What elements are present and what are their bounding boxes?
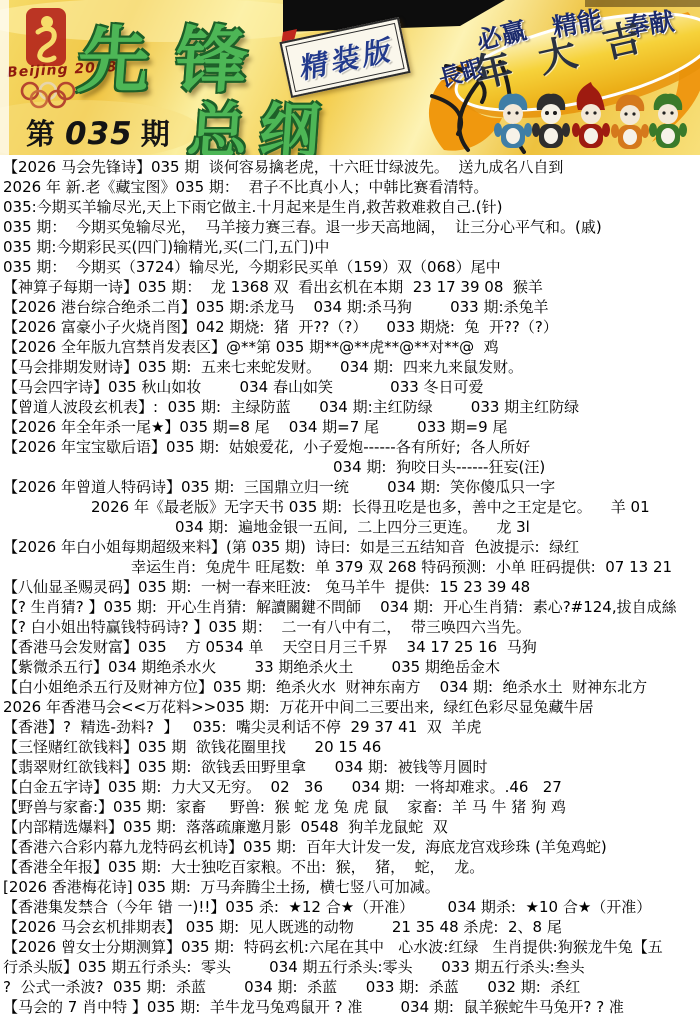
- tip-sheet-page: Beijing 2008 先锋 总纲 第035期 精装版 必赢 精能 奉献 長跟…: [0, 0, 700, 1017]
- text-line: 【白小姐绝杀五行及财神方位】035 期: 绝杀火水 财神东南方 034 期: 绝…: [3, 677, 700, 697]
- text-line: 035 期： 今期买（3724）输尽光, 今期彩民买单（159）双（068）尾中: [3, 257, 700, 277]
- text-line: 【2026 港台综合绝杀二肖】035 期:杀龙马 034 期:杀马狗 033 期…: [3, 297, 700, 317]
- text-line: 035 期:今期彩民买(四门)输精光,买(二门,五门)中: [3, 237, 700, 257]
- text-line: ? 公式一杀波? 035 期: 杀蓝 034 期: 杀蓝 033 期: 杀蓝 0…: [3, 977, 700, 997]
- text-line: 【2026 年全年杀一尾★】035 期=8 尾 034 期=7 尾 033 期=…: [3, 417, 700, 437]
- text-line: 034 期: 狗咬日头------狂妄(汪): [3, 457, 700, 477]
- text-line: 【神算子每期一诗】035 期： 龙 1368 双 看出玄机在本期 23 17 3…: [3, 277, 700, 297]
- masthead-title-bottom: 总纲: [185, 84, 335, 155]
- text-line: 【白金五字诗】035 期: 力大又无穷。 02 36 034 期: 一将却难求。…: [3, 777, 700, 797]
- edition-badge-label: 精装版: [294, 28, 396, 87]
- text-line: 【翡翠财红欲钱料】035 期: 欲钱丢田野里拿 034 期: 被钱等月圆时: [3, 757, 700, 777]
- text-line: 【? 生肖猜? 】035 期: 开心生肖猜: 解讀關鍵不問師 034 期: 开心…: [3, 597, 700, 617]
- text-line: 【2026 年白小姐每期超级来料】(第 035 期) 诗曰: 如是三五结知音 色…: [3, 537, 700, 557]
- text-line: 【马会排期发财诗】035 期: 五来七来蛇发财。 034 期: 四来九来鼠发财。: [3, 357, 700, 377]
- tip-sheet-body: 【2026 马会先锋诗】035 期 谈何容易擒老虎，十六旺廿绿波先。 送九成名八…: [0, 155, 700, 1017]
- text-line: 【2026 曾女士分期测算】035 期: 特码玄机:六尾在其中 心水波:红绿 生…: [3, 937, 700, 957]
- text-line: 【香港六合彩内幕九龙特码玄机诗】035 期: 百年大计发一发, 海底龙宫戏珍珠 …: [3, 837, 700, 857]
- fuwa-jingjing-icon: [532, 94, 570, 148]
- text-line: 【香港全年报】035 期: 大士独吃百家粮。不出: 猴， 猪， 蛇， 龙。: [3, 857, 700, 877]
- text-line: 【紫微杀五行】034 期绝杀水火 33 期绝杀火土 035 期绝岳金木: [3, 657, 700, 677]
- issue-suffix: 期: [141, 117, 172, 151]
- text-line: 【野兽与家畜:】035 期: 家畜 野兽: 猴 蛇 龙 兔 虎 鼠 家畜: 羊 …: [3, 797, 700, 817]
- text-line: 【三怪赌红欲钱料】035 期 欲钱花圈里找 20 15 46: [3, 737, 700, 757]
- text-line: 【2026 年曾道人特码诗】035 期: 三国鼎立归一统 034 期: 笑你傻瓜…: [3, 477, 700, 497]
- text-line: 行杀头版】035 期五行杀头: 零头 034 期五行杀头:零头 033 期五行杀…: [3, 957, 700, 977]
- text-line: 【曾道人波段玄机表】: 035 期: 主绿防蓝 034 期:主红防绿 033 期…: [3, 397, 700, 417]
- text-line: 035:今期买羊输尽光,天上下雨它做主.十月起来是生肖,救苦救难救自己.(针): [3, 197, 700, 217]
- text-line: 【香港集发禁合（今年 错 一)!!】035 杀: ★12 合★（开准） 034 …: [3, 897, 700, 917]
- text-line: 2026 年 新.老《藏宝图》035 期： 君子不比真小人；中韩比赛看清特。: [3, 177, 700, 197]
- issue-number-label: 第035期: [26, 112, 172, 153]
- text-line: 【内部精选爆料】035 期: 落落疏廉邀月影 0548 狗羊龙鼠蛇 双: [3, 817, 700, 837]
- text-line: 【马会的 7 肖中特 】035 期: 羊牛龙马兔鸡鼠开 ? 准 034 期: 鼠…: [3, 997, 700, 1017]
- text-line: 2026 年《最老版》无字天书 035 期: 长得丑吃是也多，善中之王定是它。 …: [3, 497, 700, 517]
- text-line: 【八仙显圣赐灵码】035 期: 一树一春来旺波: 兔马羊牛 提供: 15 23 …: [3, 577, 700, 597]
- text-line: 【马会四字诗】035 秋山如妆 034 春山如笑 033 冬日可爱: [3, 377, 700, 397]
- text-line: 【2026 年宝宝歇后语】035 期: 姑娘爱花, 小子爱炮------各有所好…: [3, 437, 700, 457]
- text-line: 【2026 富豪小子火烧肖图】042 期烧: 猪 开??（?） 033 期烧: …: [3, 317, 700, 337]
- text-line: 2026 年香港马会<<万花料>>035 期: 万花开中间二三要出来, 绿红色彩…: [3, 697, 700, 717]
- text-line: 【? 白小姐出特赢钱特码诗? 】035 期： 二一有八中有二， 带三唤四六当先。: [3, 617, 700, 637]
- text-line: 幸运生肖: 兔虎牛 旺尾数: 单 379 双 268 特码预测: 小单 旺码提供…: [3, 557, 700, 577]
- fuwa-yingying-icon: [611, 95, 649, 149]
- beijing-seal-icon: [26, 8, 66, 66]
- text-line: 034 期: 遍地金银一五间, 二上四分三更连。 龙 3l: [3, 517, 700, 537]
- text-line: 【香港马会发财富】035 方 0534 单 天空日月三千界 34 17 25 1…: [3, 637, 700, 657]
- issue-number: 035: [57, 116, 141, 152]
- text-line: 【香港】? 精选-劲料? 】 035: 嘴尖灵利话不停 29 37 41 双 羊…: [3, 717, 700, 737]
- text-line: 【2026 马会先锋诗】035 期 谈何容易擒老虎，十六旺廿绿波先。 送九成名八…: [3, 157, 700, 177]
- header-banner: Beijing 2008 先锋 总纲 第035期 精装版 必赢 精能 奉献 長跟…: [0, 0, 700, 155]
- text-line: 【2026 马会玄机排期表】 035 期: 见人既逃的动物 21 35 48 杀…: [3, 917, 700, 937]
- text-line: 035 期： 今期买兔输尽光， 马羊接力赛三春。退一步天高地阔， 让三分心平气和…: [3, 217, 700, 237]
- issue-prefix: 第: [26, 117, 57, 151]
- text-line: [2026 香港梅花诗] 035 期: 万马奔腾尘土扬, 横七竖八可加减。: [3, 877, 700, 897]
- text-line: 【2026 全年版九宫禁肖发表区】@**第 035 期**@**虎**@**对*…: [3, 337, 700, 357]
